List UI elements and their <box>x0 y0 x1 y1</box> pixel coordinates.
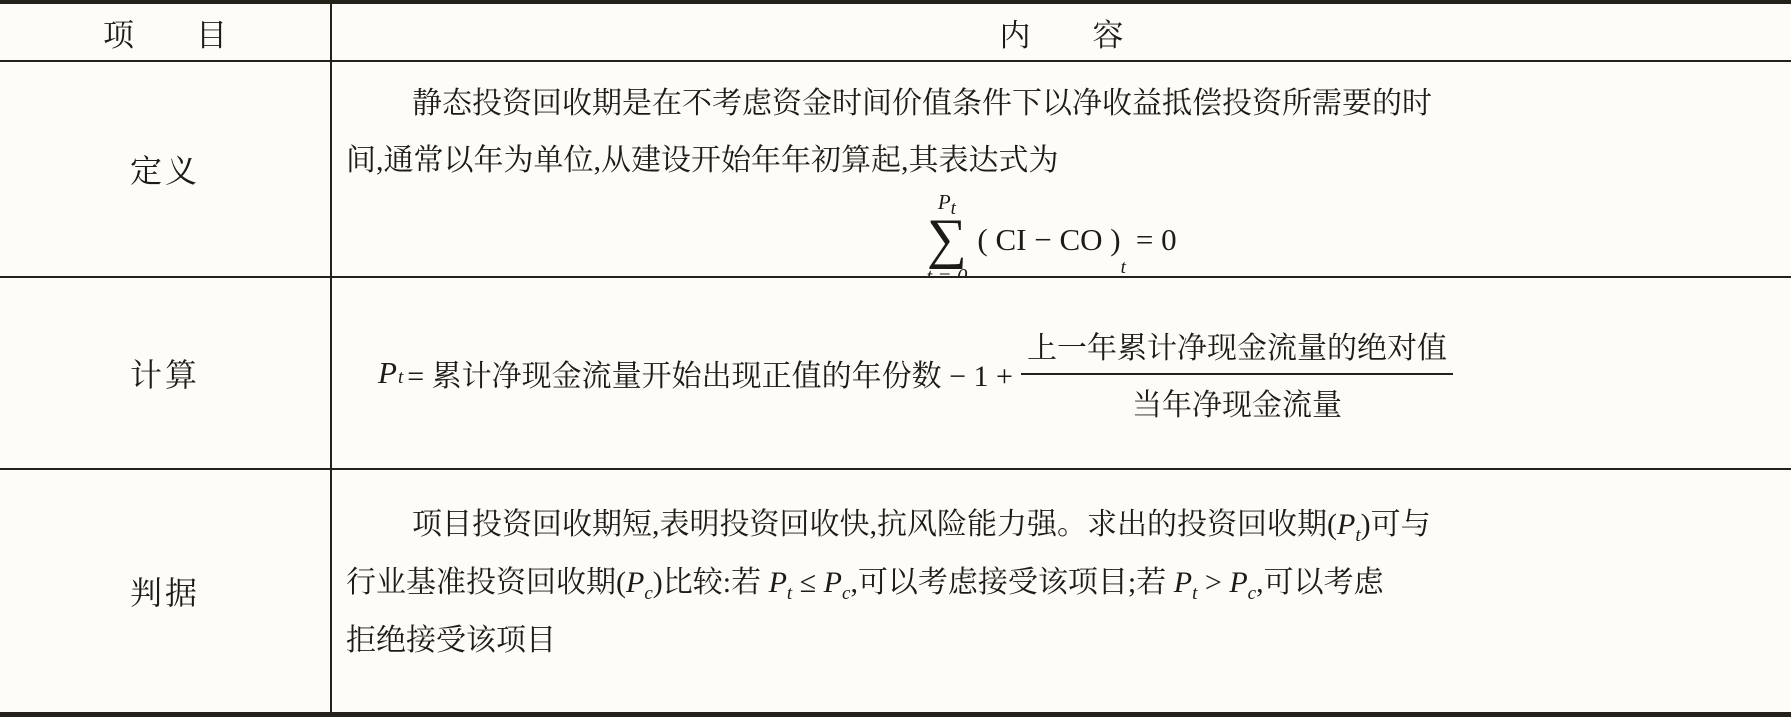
criterion-line1-var: P <box>1337 508 1355 541</box>
calc-formula-middle: = 累计净现金流量开始出现正值的年份数 − 1 + <box>407 351 1013 395</box>
row-definition-content-cell: 静态投资回收期是在不考虑资金时间价值条件下以净收益抵偿投资所需要的时 间,通常以… <box>332 62 1791 278</box>
fraction-numerator: 上一年累计净现金流量的绝对值 <box>1021 323 1453 375</box>
sum-lower-limit: t = 0 <box>926 266 967 278</box>
row-criterion-label-cell: 判据 <box>0 470 332 712</box>
definition-line-1: 静态投资回收期是在不考虑资金时间价值条件下以净收益抵偿投资所需要的时 <box>346 75 1757 132</box>
definition-formula: Pt∑t = 0( CI − CO )t= 0 <box>346 192 1757 278</box>
criterion-line1-text: 项目投资回收期短,表明投资回收快,抗风险能力强。求出的投资回收期( <box>412 508 1337 541</box>
formula-body: ( CI − CO ) <box>977 222 1120 258</box>
fraction-denominator: 当年净现金流量 <box>1132 375 1342 424</box>
sum-symbol: ∑ <box>927 213 967 266</box>
criterion-line2-var3: P <box>824 566 842 599</box>
row-criterion-label: 判据 <box>130 568 200 614</box>
row-criterion-content-cell: 项目投资回收期短,表明投资回收快,抗风险能力强。求出的投资回收期(Pt)可与 行… <box>332 470 1791 712</box>
criterion-line2-rel1: ≤ <box>792 566 823 599</box>
criterion-line-2: 行业基准投资回收期(Pc)比较:若 Pt ≤ Pc,可以考虑接受该项目;若 Pt… <box>346 554 1761 612</box>
criterion-line2-var5: P <box>1229 566 1247 599</box>
criterion-line2-mid2: ,可以考虑接受该项目;若 <box>850 566 1173 599</box>
formula-body-subscript: t <box>1121 257 1126 278</box>
definition-line-2: 间,通常以年为单位,从建设开始年年初算起,其表达式为 <box>346 132 1757 189</box>
header-item-cell: 项 目 <box>0 4 332 62</box>
criterion-line2-sub5: c <box>1248 583 1256 604</box>
row-calculation-label-cell: 计算 <box>0 278 332 470</box>
criterion-line2-rel2: > <box>1197 566 1229 599</box>
criterion-line-1: 项目投资回收期短,表明投资回收快,抗风险能力强。求出的投资回收期(Pt)可与 <box>346 496 1761 554</box>
criterion-line2-var1: P <box>626 566 644 599</box>
criterion-line-3: 拒绝接受该项目 <box>346 612 1761 670</box>
row-calculation-label: 计算 <box>130 350 200 396</box>
row-definition-label-cell: 定义 <box>0 62 332 278</box>
fraction: 上一年累计净现金流量的绝对值当年净现金流量 <box>1021 323 1453 424</box>
criterion-line2-pre: 行业基准投资回收期( <box>346 566 626 599</box>
criterion-line2-mid1: )比较:若 <box>653 566 769 599</box>
calc-var: P <box>378 355 397 391</box>
row-definition-label: 定义 <box>130 146 200 192</box>
criterion-line2-var4: P <box>1174 566 1192 599</box>
criterion-line2-sub1: c <box>644 583 652 604</box>
header-content-cell: 内 容 <box>332 4 1791 62</box>
header-content-label: 内 容 <box>1000 10 1124 55</box>
row-calculation-content-cell: Pt= 累计净现金流量开始出现正值的年份数 − 1 +上一年累计净现金流量的绝对… <box>332 278 1791 470</box>
calculation-formula: Pt= 累计净现金流量开始出现正值的年份数 − 1 +上一年累计净现金流量的绝对… <box>378 323 1453 424</box>
summation-block: Pt∑t = 0 <box>926 192 967 278</box>
criterion-line1-post: )可与 <box>1361 508 1431 541</box>
payback-period-table: 项 目 内 容 定义 静态投资回收期是在不考虑资金时间价值条件下以净收益抵偿投资… <box>0 0 1791 717</box>
header-item-label: 项 目 <box>103 10 227 55</box>
formula-rhs: = 0 <box>1136 222 1177 258</box>
criterion-line2-post: ,可以考虑 <box>1256 566 1384 599</box>
criterion-line2-var2: P <box>769 566 787 599</box>
